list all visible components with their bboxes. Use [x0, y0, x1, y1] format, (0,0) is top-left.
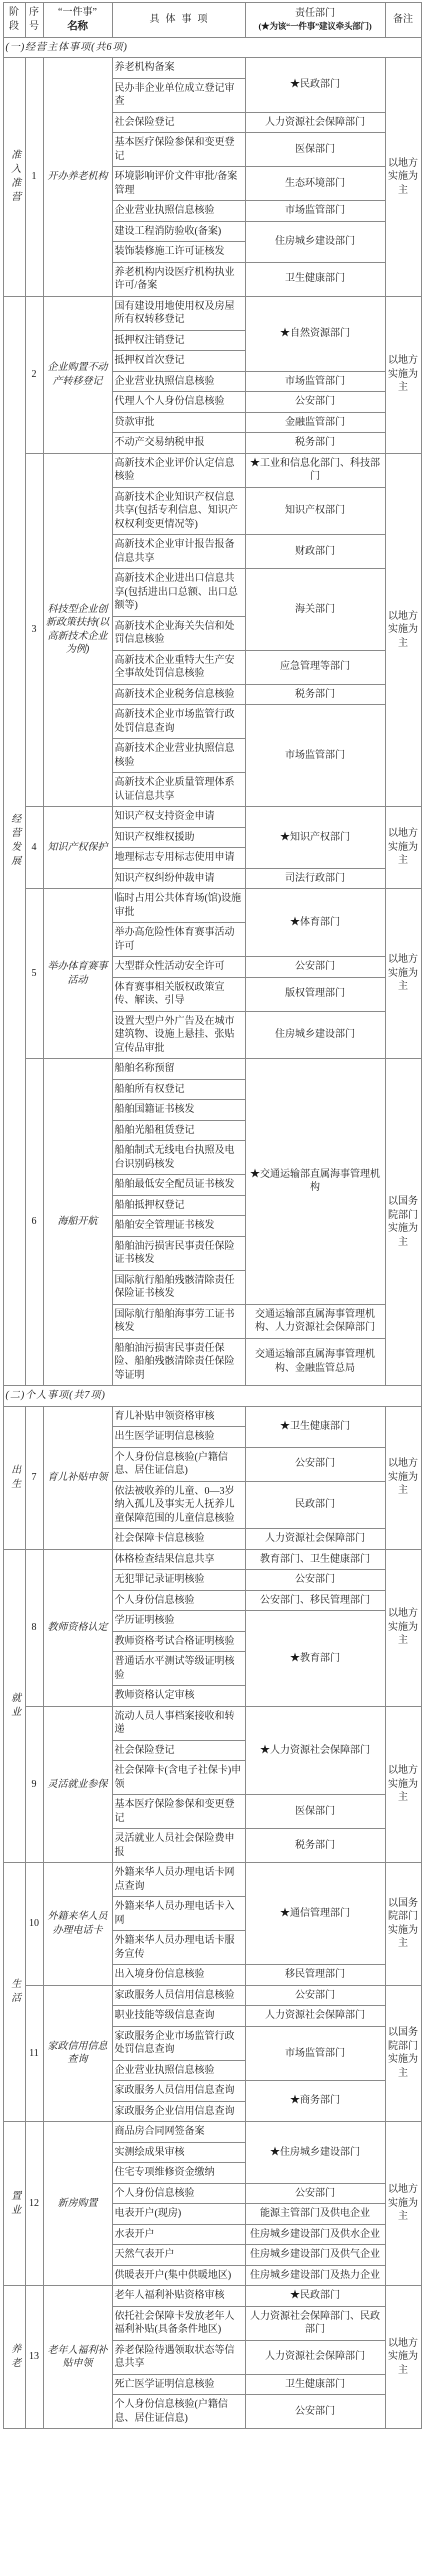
item-cell: 船舶油污损害民事责任保险、船舶残骸清除责任保险等证明: [112, 1338, 245, 1386]
seq-cell: 6: [25, 1059, 43, 1386]
dept-cell: ★自然资源部门: [245, 296, 385, 371]
item-cell: 船舶制式无线电台执照及电台识别码核发: [112, 1141, 245, 1175]
item-cell: 社会保险登记: [112, 1740, 245, 1761]
dept-cell: ★民政部门: [245, 58, 385, 113]
item-cell: 船舶抵押权登记: [112, 1195, 245, 1216]
dept-cell: 税务部门: [245, 684, 385, 705]
note-cell: 以地方实施为主: [385, 807, 421, 889]
item-cell: 不动产交易纳税申报: [112, 433, 245, 454]
dept-cell: 住房城乡建设部门及热力企业: [245, 2265, 385, 2286]
item-cell: 高新技术企业税务信息核验: [112, 684, 245, 705]
item-cell: 装饰装修施工许可证核发: [112, 242, 245, 263]
item-cell: 企业营业执照信息核验: [112, 201, 245, 222]
dept-cell: 卫生健康部门: [245, 262, 385, 296]
dept-cell: 司法行政部门: [245, 868, 385, 889]
item-cell: 高新技术企业审计报告报备信息共享: [112, 535, 245, 569]
dept-cell: ★交通运输部直属海事管理机构: [245, 1059, 385, 1305]
item-cell: 家政服务企业市场监管行政处罚信息查询: [112, 2026, 245, 2060]
col-header-name-line2: 名称: [46, 20, 110, 34]
item-cell: 出入境身份信息核验: [112, 1965, 245, 1986]
section-header-row: (一)经营主体事项(共6项): [3, 37, 421, 58]
stage-cell: 准入准营: [3, 58, 25, 297]
col-header-name-line1: “一件事”: [58, 7, 97, 18]
item-cell: 死亡医学证明信息核验: [112, 2374, 245, 2395]
note-cell: 以地方实施为主: [385, 453, 421, 807]
dept-cell: ★卫生健康部门: [245, 1406, 385, 1447]
name-cell: 教师资格认定: [43, 1549, 112, 1706]
dept-cell: 公安部门、移民管理部门: [245, 1590, 385, 1611]
dept-cell: 交通运输部直属海事管理机构、金融监管总局: [245, 1338, 385, 1386]
item-cell: 基本医疗保险参保和变更登记: [112, 133, 245, 167]
dept-cell: ★人力资源社会保障部门: [245, 1706, 385, 1795]
col-header-dept: 责任部门 (★为该“一件事”建议牵头部门): [245, 3, 385, 38]
note-cell: 以地方实施为主: [385, 58, 421, 297]
item-cell: 举办高危险性体育赛事活动许可: [112, 923, 245, 957]
item-cell: 抵押权注销登记: [112, 330, 245, 351]
item-cell: 水表开户: [112, 2224, 245, 2245]
col-header-dept-line1: 责任部门: [295, 8, 335, 19]
name-cell: 老年人福利补贴申领: [43, 2286, 112, 2429]
dept-cell: 市场监管部门: [245, 201, 385, 222]
seq-cell: 9: [25, 1706, 43, 1863]
item-row: 经营发展2企业购置不动产转移登记国有建设用地使用权及房屋所有权转移登记★自然资源…: [3, 296, 421, 330]
item-row: 生活10外籍来华人员办理电话卡外籍来华人员办理电话卡网点查询★通信管理部门以国务…: [3, 1863, 421, 1897]
col-header-note: 备注: [385, 3, 421, 38]
section-header-row: (二)个人事项(共7项): [3, 1386, 421, 1407]
one-matter-items-table: 阶段 序号 “一件事” 名称 具体事项 责任部门 (★为该“一件事”建议牵头部门…: [3, 2, 422, 2429]
note-cell: 以地方实施为主: [385, 1549, 421, 1706]
dept-cell: 人力资源社会保障部门、民政部门: [245, 2306, 385, 2340]
item-cell: 企业营业执照信息核验: [112, 2060, 245, 2081]
item-cell: 高新技术企业营业执照信息核验: [112, 739, 245, 773]
col-header-name: “一件事” 名称: [43, 3, 112, 38]
item-cell: 养老机构备案: [112, 58, 245, 79]
stage-cell: 生活: [3, 1863, 25, 2122]
dept-cell: 能源主管部门及供电企业: [245, 2204, 385, 2225]
item-row: 4知识产权保护知识产权支持资金申请★知识产权部门以地方实施为主: [3, 807, 421, 828]
dept-cell: 医保部门: [245, 133, 385, 167]
name-cell: 外籍来华人员办理电话卡: [43, 1863, 112, 1986]
dept-cell: ★民政部门: [245, 2286, 385, 2307]
name-cell: 知识产权保护: [43, 807, 112, 889]
item-cell: 供暖表开户(集中供暖地区): [112, 2265, 245, 2286]
dept-cell: 市场监管部门: [245, 2026, 385, 2081]
dept-cell: 金融监管部门: [245, 412, 385, 433]
item-cell: 船舶安全管理证书核发: [112, 1216, 245, 1237]
item-cell: 企业营业执照信息核验: [112, 371, 245, 392]
item-cell: 家政服务人员信用信息查询: [112, 2081, 245, 2102]
dept-cell: 应急管理等部门: [245, 650, 385, 684]
seq-cell: 13: [25, 2286, 43, 2429]
item-cell: 高新技术企业知识产权信息共享(包括专利信息、知识产权权利变更情况等): [112, 487, 245, 535]
item-cell: 实测绘成果审核: [112, 2142, 245, 2163]
dept-cell: 人力资源社会保障部门: [245, 2340, 385, 2374]
stage-cell: 经营发展: [3, 296, 25, 1386]
dept-cell: 公安部门: [245, 2183, 385, 2204]
item-cell: 代理人个人身份信息核验: [112, 392, 245, 413]
note-cell: 以地方实施为主: [385, 2286, 421, 2429]
dept-cell: 税务部门: [245, 1829, 385, 1863]
item-cell: 高新技术企业市场监管行政处罚信息查询: [112, 705, 245, 739]
section-title: (二)个人事项(共7项): [3, 1386, 421, 1407]
dept-cell: 民政部门: [245, 1481, 385, 1529]
item-row: 就业8教师资格认定体格检查结果信息共享教育部门、卫生健康部门以地方实施为主: [3, 1549, 421, 1570]
item-cell: 贷款审批: [112, 412, 245, 433]
item-row: 6海船开航船舶名称预留★交通运输部直属海事管理机构以国务院部门实施为主: [3, 1059, 421, 1080]
col-header-items: 具体事项: [112, 3, 245, 38]
item-cell: 家政服务人员信用信息核验: [112, 1985, 245, 2006]
note-cell: 以地方实施为主: [385, 296, 421, 453]
dept-cell: 公安部门: [245, 392, 385, 413]
dept-cell: 人力资源社会保障部门: [245, 2006, 385, 2027]
dept-cell: 交通运输部直属海事管理机构、人力资源社会保障部门: [245, 1304, 385, 1338]
item-cell: 抵押权首次登记: [112, 351, 245, 372]
item-cell: 家政服务企业信用信息查询: [112, 2101, 245, 2122]
item-cell: 外籍来华人员办理电话卡入网: [112, 1897, 245, 1931]
item-cell: 民办非企业单位成立登记审查: [112, 78, 245, 112]
item-cell: 个人身份信息核验(户籍信息、居住证信息): [112, 1447, 245, 1481]
item-cell: 国际航行船舶残骸清除责任保险证书核发: [112, 1270, 245, 1304]
dept-cell: 移民管理部门: [245, 1965, 385, 1986]
item-cell: 外籍来华人员办理电话卡网点查询: [112, 1863, 245, 1897]
item-cell: 临时占用公共体育场(馆)设施审批: [112, 889, 245, 923]
item-cell: 高新技术企业进出口信息共享(包括进出口总额、出口总额等): [112, 569, 245, 617]
item-cell: 大型群众性活动安全许可: [112, 957, 245, 978]
table-header-row: 阶段 序号 “一件事” 名称 具体事项 责任部门 (★为该“一件事”建议牵头部门…: [3, 3, 421, 38]
item-cell: 老年人福利补贴资格审核: [112, 2286, 245, 2307]
dept-cell: 公安部门: [245, 1985, 385, 2006]
item-row: 养老13老年人福利补贴申领老年人福利补贴资格审核★民政部门以地方实施为主: [3, 2286, 421, 2307]
item-row: 3科技型企业创新政策扶持(以高新技术企业为例)高新技术企业评价认定信息核验★工业…: [3, 453, 421, 487]
seq-cell: 10: [25, 1863, 43, 1986]
item-cell: 基本医疗保险参保和变更登记: [112, 1795, 245, 1829]
dept-cell: 人力资源社会保障部门: [245, 1529, 385, 1550]
item-row: 准入准营1开办养老机构养老机构备案★民政部门以地方实施为主: [3, 58, 421, 79]
dept-cell: 人力资源社会保障部门: [245, 112, 385, 133]
section-title: (一)经营主体事项(共6项): [3, 37, 421, 58]
item-cell: 天然气表开户: [112, 2245, 245, 2266]
dept-cell: 财政部门: [245, 535, 385, 569]
col-header-stage: 阶段: [3, 3, 25, 38]
item-cell: 灵活就业人员社会保险费申报: [112, 1829, 245, 1863]
seq-cell: 5: [25, 889, 43, 1059]
item-cell: 船舶国籍证书核发: [112, 1100, 245, 1121]
item-cell: 电表开户(现房): [112, 2204, 245, 2225]
name-cell: 家政信用信息查询: [43, 1985, 112, 2122]
item-cell: 育儿补贴申领资格审核: [112, 1406, 245, 1427]
item-cell: 社会保障卡(含电子社保卡)申领: [112, 1761, 245, 1795]
item-cell: 依法被收养的儿童、0—3岁纳入孤儿及事实无人抚养儿童保障范围的儿童信息核验: [112, 1481, 245, 1529]
item-cell: 养老保险待遇领取状态等信息共享: [112, 2340, 245, 2374]
name-cell: 海船开航: [43, 1059, 112, 1386]
note-cell: 以地方实施为主: [385, 2122, 421, 2286]
dept-cell: ★住房城乡建设部门: [245, 2122, 385, 2184]
dept-cell: 公安部门: [245, 1570, 385, 1591]
item-cell: 船舶所有权登记: [112, 1079, 245, 1100]
item-row: 9灵活就业参保流动人员人事档案接收和转递★人力资源社会保障部门以地方实施为主: [3, 1706, 421, 1740]
item-cell: 出生医学证明信息核验: [112, 1427, 245, 1448]
dept-cell: 公安部门: [245, 957, 385, 978]
dept-cell: ★教育部门: [245, 1611, 385, 1707]
seq-cell: 2: [25, 296, 43, 453]
dept-cell: 海关部门: [245, 569, 385, 651]
item-cell: 商品房合同网签备案: [112, 2122, 245, 2143]
item-cell: 知识产权支持资金申请: [112, 807, 245, 828]
dept-cell: ★商务部门: [245, 2081, 385, 2122]
item-cell: 教师资格认定审核: [112, 1686, 245, 1707]
item-cell: 住宅专项维修资金缴纳: [112, 2163, 245, 2184]
item-cell: 船舶光船租赁登记: [112, 1120, 245, 1141]
item-cell: 国际航行船舶海事劳工证书核发: [112, 1304, 245, 1338]
dept-cell: 公安部门: [245, 1447, 385, 1481]
name-cell: 科技型企业创新政策扶持(以高新技术企业为例): [43, 453, 112, 807]
table-body: (一)经营主体事项(共6项)准入准营1开办养老机构养老机构备案★民政部门以地方实…: [3, 37, 421, 2429]
item-cell: 高新技术企业质量管理体系认证信息共享: [112, 773, 245, 807]
dept-cell: ★体育部门: [245, 889, 385, 957]
stage-cell: 养老: [3, 2286, 25, 2429]
item-cell: 流动人员人事档案接收和转递: [112, 1706, 245, 1740]
col-header-dept-line2: (★为该“一件事”建议牵头部门): [248, 21, 383, 32]
dept-cell: 生态环境部门: [245, 167, 385, 201]
seq-cell: 11: [25, 1985, 43, 2122]
stage-cell: 就业: [3, 1549, 25, 1863]
item-cell: 养老机构内设医疗机构执业许可/备案: [112, 262, 245, 296]
item-cell: 知识产权纠纷仲裁申请: [112, 868, 245, 889]
item-cell: 船舶最低安全配员证书核发: [112, 1175, 245, 1196]
item-cell: 职业技能等级信息查询: [112, 2006, 245, 2027]
dept-cell: 住房城乡建设部门: [245, 1011, 385, 1059]
item-cell: 地理标志专用标志使用申请: [112, 848, 245, 869]
name-cell: 新房购置: [43, 2122, 112, 2286]
dept-cell: ★通信管理部门: [245, 1863, 385, 1965]
dept-cell: 住房城乡建设部门: [245, 221, 385, 262]
item-cell: 体育赛事相关版权政策宣传、解读、引导: [112, 977, 245, 1011]
item-cell: 依托社会保障卡发放老年人福利补贴(具备条件地区): [112, 2306, 245, 2340]
item-cell: 学历证明核验: [112, 1611, 245, 1632]
note-cell: 以国务院部门实施为主: [385, 1863, 421, 1986]
col-header-seq: 序号: [25, 3, 43, 38]
item-cell: 外籍来华人员办理电话卡服务宣传: [112, 1931, 245, 1965]
stage-cell: 出生: [3, 1406, 25, 1549]
stage-cell: 置业: [3, 2122, 25, 2286]
dept-cell: 知识产权部门: [245, 487, 385, 535]
item-cell: 建设工程消防验收(备案): [112, 221, 245, 242]
dept-cell: 公安部门: [245, 2395, 385, 2429]
dept-cell: ★工业和信息化部门、科技部门: [245, 453, 385, 487]
item-row: 置业12新房购置商品房合同网签备案★住房城乡建设部门以地方实施为主: [3, 2122, 421, 2143]
dept-cell: 版权管理部门: [245, 977, 385, 1011]
item-cell: 知识产权维权援助: [112, 827, 245, 848]
item-cell: 社会保险登记: [112, 112, 245, 133]
seq-cell: 12: [25, 2122, 43, 2286]
seq-cell: 8: [25, 1549, 43, 1706]
item-cell: 个人身份信息核验: [112, 2183, 245, 2204]
item-row: 11家政信用信息查询家政服务人员信用信息核验公安部门以国务院部门实施为主: [3, 1985, 421, 2006]
item-cell: 无犯罪记录证明核验: [112, 1570, 245, 1591]
item-cell: 船舶油污损害民事责任保险证书核发: [112, 1236, 245, 1270]
name-cell: 灵活就业参保: [43, 1706, 112, 1863]
item-cell: 高新技术企业海关失信和处罚信息核验: [112, 616, 245, 650]
item-cell: 社会保障卡信息核验: [112, 1529, 245, 1550]
dept-cell: 住房城乡建设部门及供水企业: [245, 2224, 385, 2245]
seq-cell: 1: [25, 58, 43, 297]
name-cell: 企业购置不动产转移登记: [43, 296, 112, 453]
note-cell: 以国务院部门实施为主: [385, 1059, 421, 1386]
dept-cell: 教育部门、卫生健康部门: [245, 1549, 385, 1570]
item-cell: 高新技术企业重特大生产安全事故处罚信息核验: [112, 650, 245, 684]
note-cell: 以国务院部门实施为主: [385, 1985, 421, 2122]
item-row: 5举办体育赛事活动临时占用公共体育场(馆)设施审批★体育部门以地方实施为主: [3, 889, 421, 923]
item-cell: 个人身份信息核验(户籍信息、居住证信息): [112, 2395, 245, 2429]
dept-cell: 市场监管部门: [245, 371, 385, 392]
dept-cell: 住房城乡建设部门及供气企业: [245, 2245, 385, 2266]
dept-cell: 医保部门: [245, 1795, 385, 1829]
item-cell: 个人身份信息核验: [112, 1590, 245, 1611]
dept-cell: ★知识产权部门: [245, 807, 385, 869]
item-cell: 普通话水平测试等级证明核验: [112, 1652, 245, 1686]
dept-cell: 卫生健康部门: [245, 2374, 385, 2395]
name-cell: 举办体育赛事活动: [43, 889, 112, 1059]
note-cell: 以地方实施为主: [385, 1706, 421, 1863]
item-cell: 教师资格考试合格证明核验: [112, 1631, 245, 1652]
name-cell: 开办养老机构: [43, 58, 112, 297]
seq-cell: 3: [25, 453, 43, 807]
seq-cell: 7: [25, 1406, 43, 1549]
name-cell: 育儿补贴申领: [43, 1406, 112, 1549]
dept-cell: 市场监管部门: [245, 705, 385, 807]
scanned-government-table-page: { "header": { "col_stage": "阶段", "col_no…: [0, 2, 424, 2429]
item-cell: 国有建设用地使用权及房屋所有权转移登记: [112, 296, 245, 330]
dept-cell: 税务部门: [245, 433, 385, 454]
note-cell: 以地方实施为主: [385, 889, 421, 1059]
item-cell: 设置大型户外广告及在城市建筑物、设施上悬挂、张贴宣传品审批: [112, 1011, 245, 1059]
note-cell: 以地方实施为主: [385, 1406, 421, 1549]
item-row: 出生7育儿补贴申领育儿补贴申领资格审核★卫生健康部门以地方实施为主: [3, 1406, 421, 1427]
item-cell: 高新技术企业评价认定信息核验: [112, 453, 245, 487]
item-cell: 环境影响评价文件审批/备案管理: [112, 167, 245, 201]
item-cell: 船舶名称预留: [112, 1059, 245, 1080]
seq-cell: 4: [25, 807, 43, 889]
item-cell: 体格检查结果信息共享: [112, 1549, 245, 1570]
